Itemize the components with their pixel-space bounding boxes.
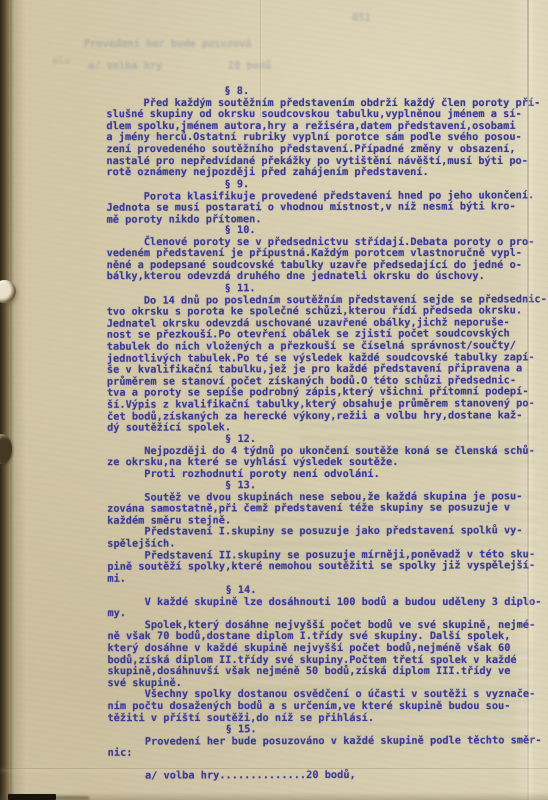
- section-11: § 11. Do 14 dnů po posledním soutěžním p…: [107, 282, 546, 434]
- underlying-page-edge: [8, 794, 56, 800]
- text-line: ze okrsku,na které se vyhlásí výsledek s…: [107, 457, 545, 469]
- document-text: § 8. Před každým soutěžním představením …: [106, 86, 545, 783]
- text-line: zení provedeného soutěžního představení.…: [106, 144, 544, 156]
- text-line: skupině,dosáhnuvší však nejméně 50 bodů,…: [107, 666, 545, 678]
- text-line: Jednota se musí postarati o vhodnou míst…: [107, 201, 545, 214]
- text-line: který dosáhne v každé skupině nejvyšší p…: [107, 642, 545, 654]
- section-14: § 14. V každé skupině lze dosáhnouti 100…: [107, 584, 545, 723]
- text-line: Provedení her bude posuzováno v každé sk…: [108, 734, 546, 747]
- text-line: pině soutěží spolky,které nemohou soutěž…: [107, 561, 545, 574]
- paper-crease: [0, 768, 548, 769]
- section-9: § 9. Porota klasifikuje provedené předst…: [106, 178, 544, 226]
- paper-crease: [527, 0, 529, 800]
- text-line: ním počtu dosažených bodů a s určením,ve…: [107, 700, 545, 712]
- section-8: § 8. Před každým soutěžním představením …: [106, 86, 544, 179]
- text-line: Všechny spolky dostanou osvědčení o účas…: [107, 689, 545, 701]
- text-line: V každé skupině lze dosáhnouti 100 bodů …: [107, 596, 545, 608]
- section-13: § 13. Soutěž ve dvou skupinách nese sebo…: [107, 479, 545, 585]
- text-line: ně však 70 bodů,dostane diplom I.třídy s…: [107, 631, 545, 643]
- text-line: a/ volba hry..............20 bodů,: [108, 769, 546, 782]
- text-line: bálky,kterou odevzdá druhého dne jednate…: [107, 271, 545, 283]
- ghost-text-line: Provedení her bude posuzová: [84, 38, 251, 50]
- ghost-page-number: 051: [352, 12, 371, 24]
- section-heading: § 8.: [106, 86, 544, 98]
- text-line: my.: [107, 608, 545, 620]
- section-10: § 10. Členové poroty se v předsednictvu …: [107, 225, 545, 283]
- page-bottom-shadow: [0, 792, 548, 800]
- text-line: mi.: [107, 572, 545, 585]
- section-heading: § 12.: [107, 434, 545, 446]
- text-line: dý soutěžící spolek.: [107, 421, 545, 434]
- page-edge-shadow: [10, 0, 26, 800]
- section-15: § 15. Provedení her bude posuzováno v ka…: [108, 723, 546, 782]
- text-line: těžiti v příští soutěži,do níž se přihlá…: [107, 712, 545, 724]
- ghost-text-line: alo: [52, 55, 71, 67]
- paper-crease: [260, 0, 261, 118]
- section-heading: § 14.: [107, 584, 545, 596]
- text-line: rotě oznámeny nejpozději před zahájením …: [106, 167, 544, 179]
- ghost-text-line: 20 bodů: [228, 60, 271, 72]
- ghost-text-line: a/ volba hry: [88, 60, 162, 72]
- text-line: mě poroty nikdo přítomen.: [107, 213, 545, 226]
- section-12: § 12. Nejpozději do 4 týdnů po ukončení …: [107, 434, 545, 481]
- document-page: 051 Provedení her bude posuzová a/ volba…: [0, 0, 548, 800]
- text-line: nic:: [108, 746, 546, 759]
